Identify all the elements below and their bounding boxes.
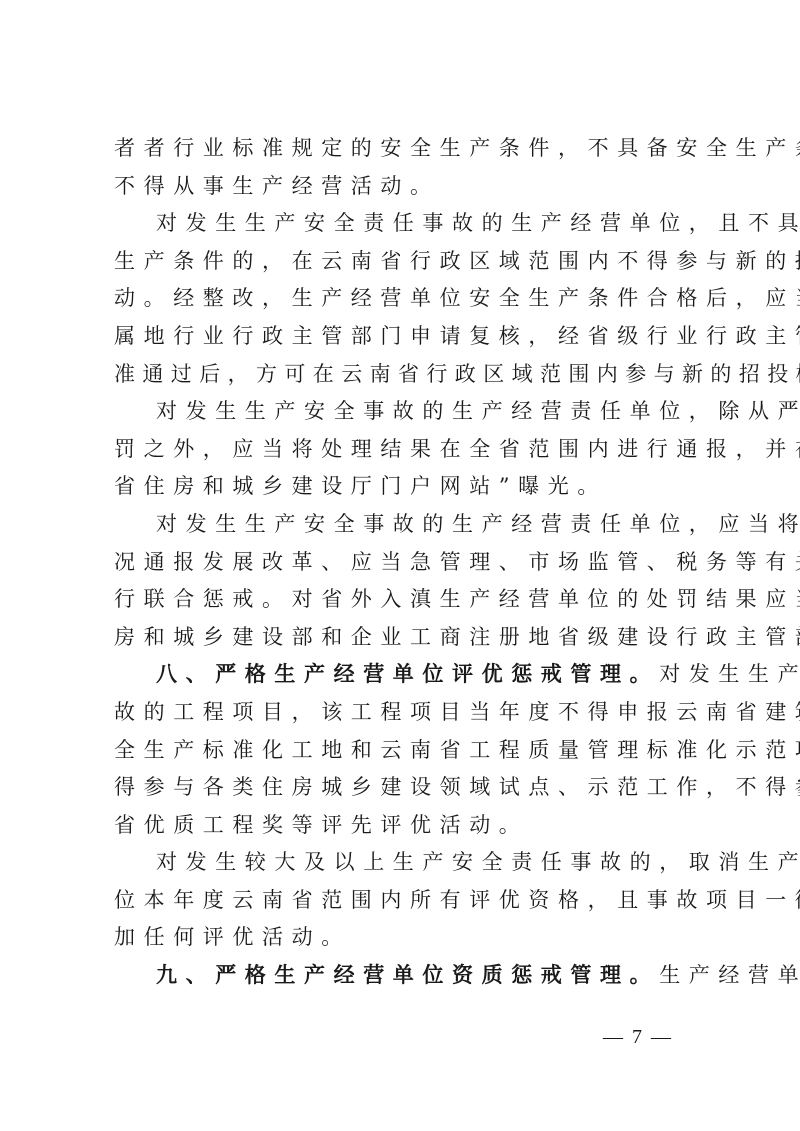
text-line: 位本年度云南省范围内所有评优资格，且事故项目一律不得参 [114,882,694,920]
text-line: 属地行业行政主管部门申请复核，经省级行业行政主管部门核 [114,318,694,356]
text-line: 动。经整改，生产经营单位安全生产条件合格后，应当逐级向 [114,280,694,318]
text-line: 对发生生产安全事故的生产经营责任单位，应当将处罚情 [114,506,694,544]
text-line: 省住房和城乡建设厅门户网站”曝光。 [114,468,694,506]
text-line: 对发生生产安全事故的生产经营责任单位，除从严从重处 [114,393,694,431]
text-span: 生产经营单位发生 [659,963,800,987]
text-line: 房和城乡建设部和企业工商注册地省级建设行政主管部门。 [114,619,694,657]
section-9-heading: 九、严格生产经营单位资质惩戒管理。 [156,963,659,987]
document-body: 者者行业标准规定的安全生产条件，不具备安全生产条件的， 不得从事生产经营活动。 … [114,130,694,995]
text-line: 对发生生产安全责任事故的生产经营单位，且不具备安全 [114,205,694,243]
section-heading-line: 九、严格生产经营单位资质惩戒管理。生产经营单位发生 [114,957,694,995]
document-page: 者者行业标准规定的安全生产条件，不具备安全生产条件的， 不得从事生产经营活动。 … [0,0,800,1131]
text-line: 故的工程项目，该工程项目当年度不得申报云南省建筑施工安 [114,694,694,732]
text-line: 况通报发展改革、应当急管理、市场监管、税务等有关部门进 [114,544,694,582]
text-line: 得参与各类住房城乡建设领域试点、示范工作，不得参与云南 [114,769,694,807]
text-line: 省优质工程奖等评先评优活动。 [114,807,694,845]
section-8-heading: 八、严格生产经营单位评优惩戒管理。 [156,662,659,686]
section-heading-line: 八、严格生产经营单位评优惩戒管理。对发生生产安全事 [114,656,694,694]
text-line: 生产条件的，在云南省行政区域范围内不得参与新的招投标活 [114,243,694,281]
text-line: 加任何评优活动。 [114,919,694,957]
text-line: 全生产标准化工地和云南省工程质量管理标准化示范项目，不 [114,732,694,770]
text-line: 准通过后，方可在云南省行政区域范围内参与新的招投标活动。 [114,356,694,394]
text-line: 者者行业标准规定的安全生产条件，不具备安全生产条件的， [114,130,694,168]
text-line: 不得从事生产经营活动。 [114,168,694,206]
page-number: — 7 — [603,1026,673,1049]
text-span: 对发生生产安全事 [659,662,800,686]
text-line: 行联合惩戒。对省外入滇生产经营单位的处罚结果应当抄送住 [114,581,694,619]
text-line: 对发生较大及以上生产安全责任事故的，取消生产经营单 [114,844,694,882]
text-line: 罚之外，应当将处理结果在全省范围内进行通报，并在“云南 [114,431,694,469]
